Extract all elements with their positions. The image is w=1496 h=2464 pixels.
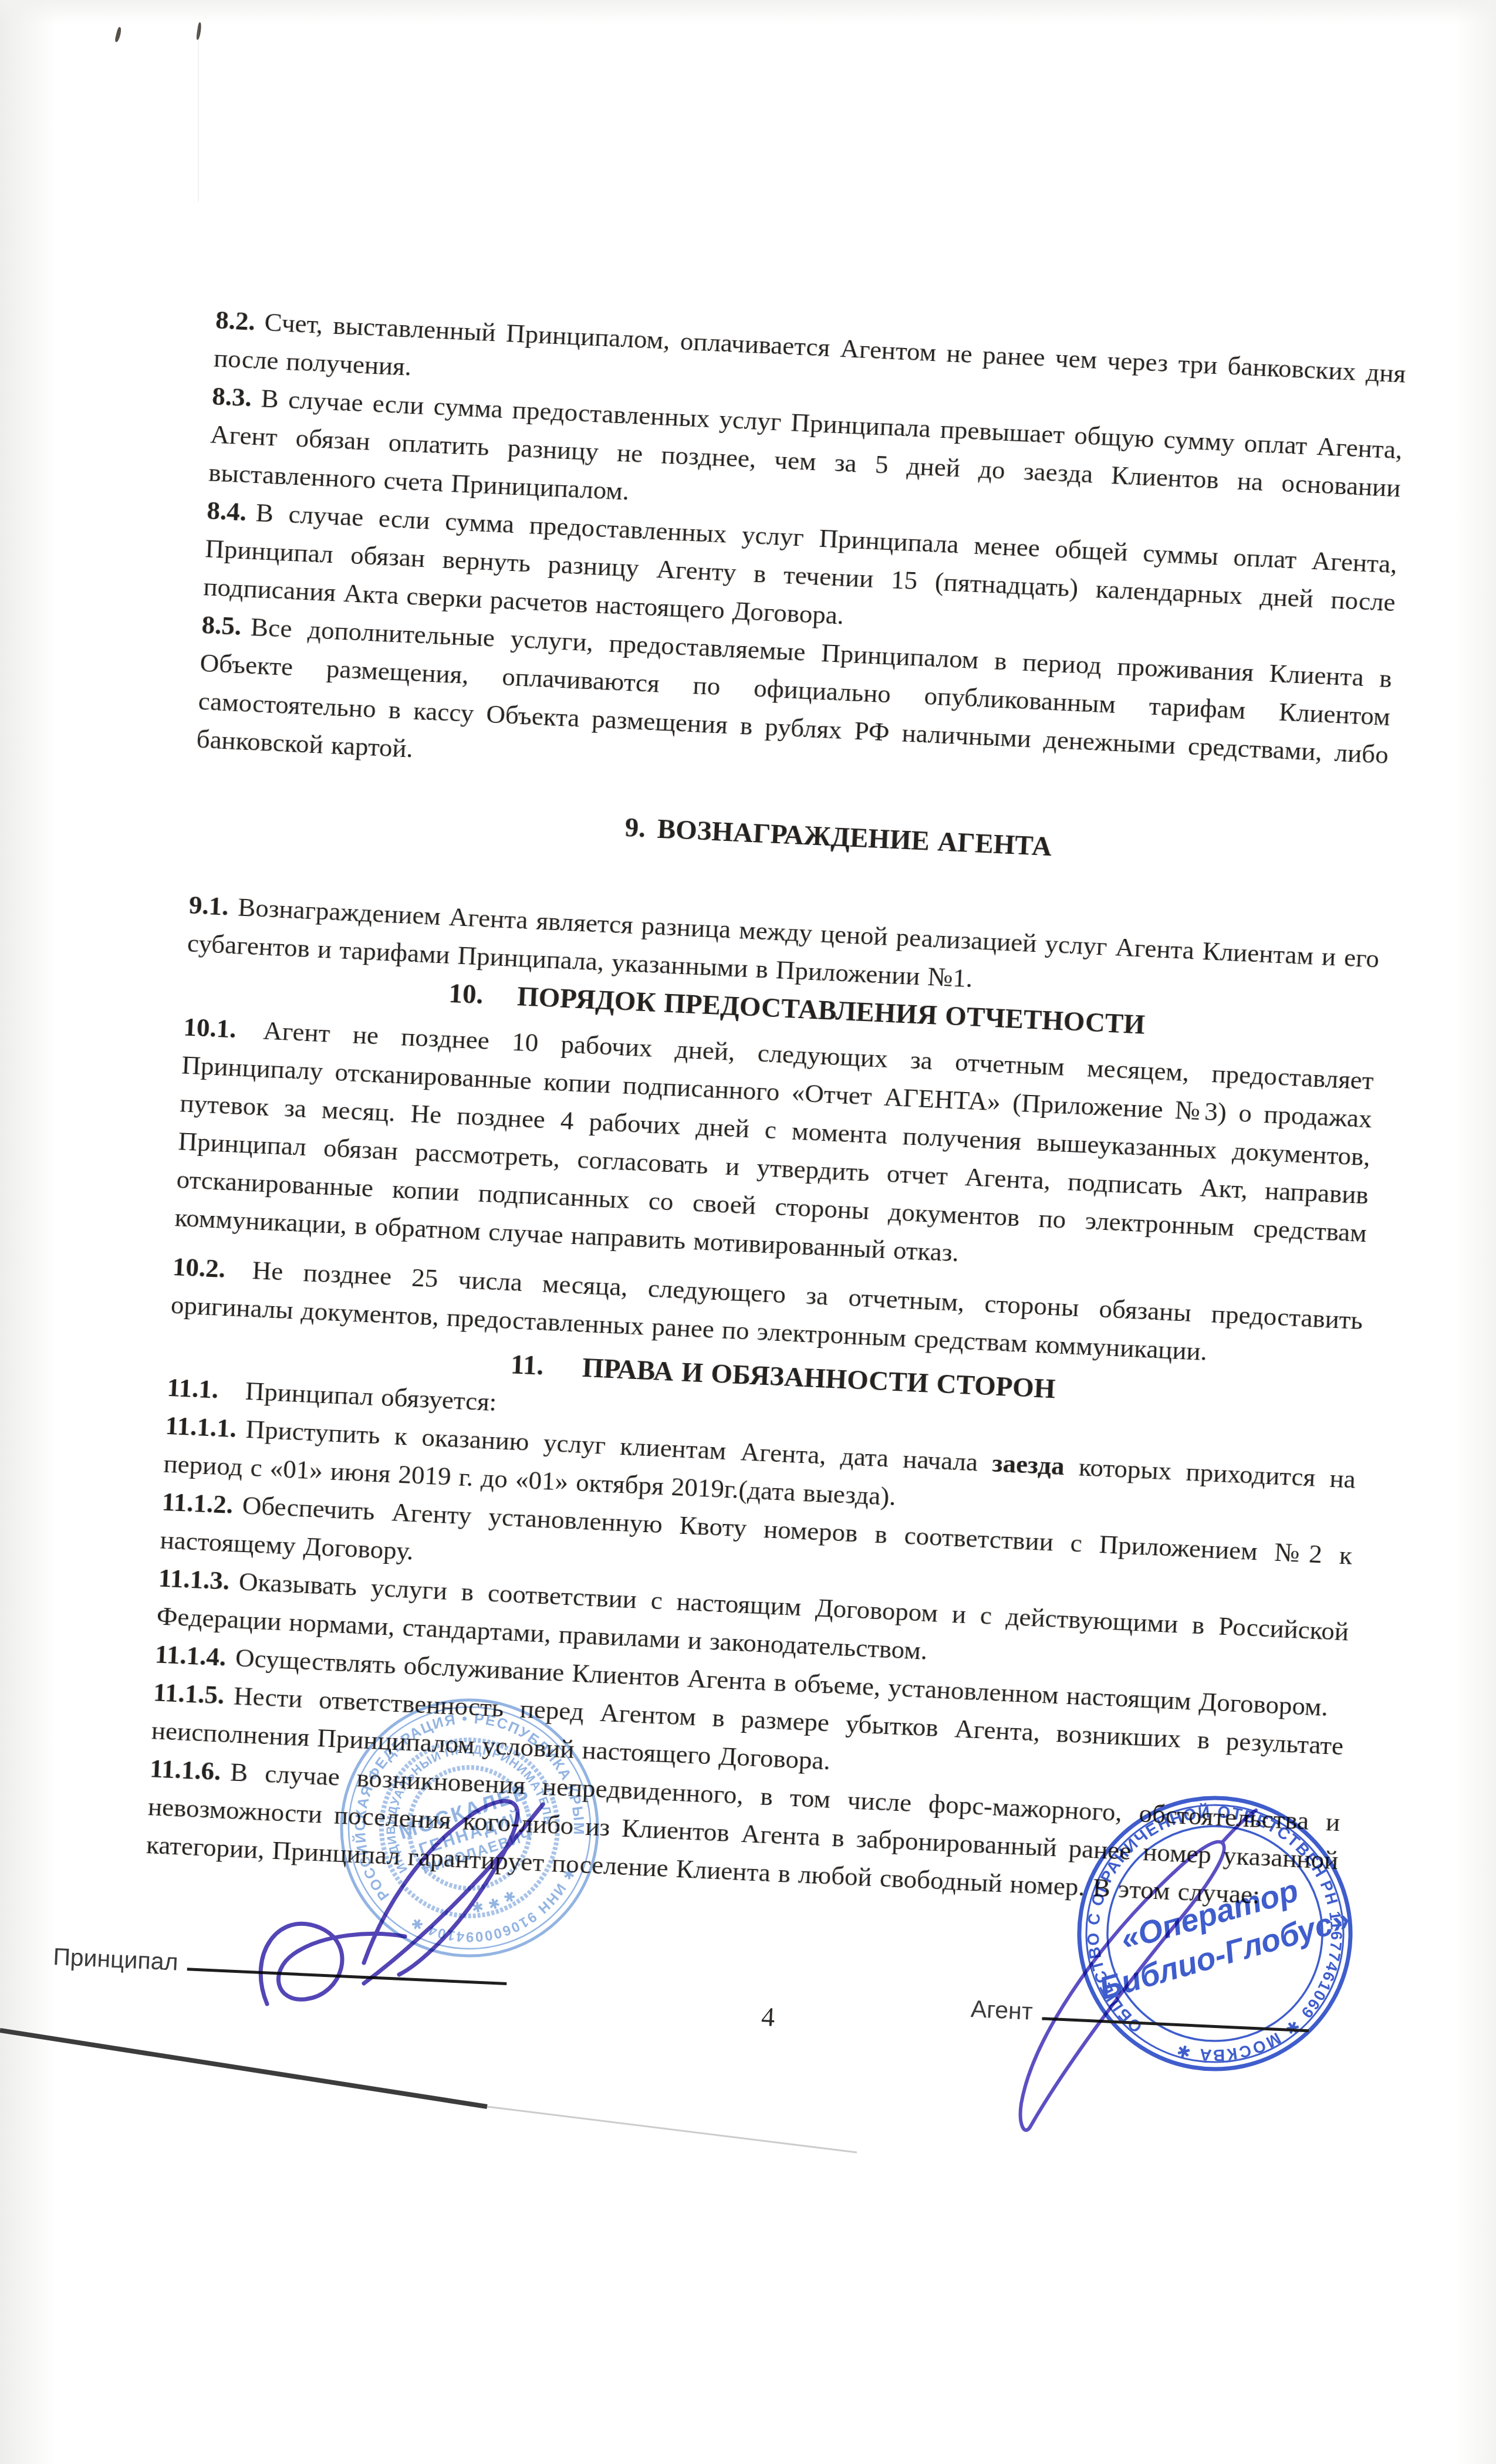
clause-text: Принципал обязуется: (245, 1376, 497, 1417)
principal-signature-ink (223, 1760, 622, 2042)
section-number: 11. (510, 1349, 544, 1381)
agent-signature-ink (951, 1784, 1279, 2159)
contract-body: 8.2.Счет, выставленный Принципалом, опла… (146, 289, 1407, 1918)
clause-number: 10.2. (172, 1252, 226, 1283)
clause-10-1: 10.1.Агент не позднее 10 рабочих дней, с… (174, 1008, 1375, 1290)
clause-number: 11.1.1. (165, 1411, 237, 1443)
clause-number: 11.1.3. (158, 1563, 230, 1595)
clause-number: 11.1.5. (153, 1677, 225, 1709)
clause-number: 11.1.2. (161, 1487, 234, 1519)
clause-number: 8.2. (215, 305, 256, 336)
clause-number: 11.1. (167, 1373, 219, 1404)
section-title: ВОЗНАГРАЖДЕНИЕ АГЕНТА (657, 814, 1053, 862)
section-number: 10. (448, 978, 484, 1010)
clause-number: 11.1.6. (149, 1753, 221, 1786)
clause-bold-word: заезда (992, 1448, 1065, 1481)
clause-number: 8.4. (206, 495, 247, 526)
scanned-contract-page: { "page": { "number": "4" }, "sections":… (0, 0, 1496, 2464)
clause-number: 8.5. (201, 610, 242, 641)
clause-text: Агент не позднее 10 рабочих дней, следую… (174, 1016, 1375, 1268)
contract-text-layer: 8.2.Счет, выставленный Принципалом, опла… (0, 282, 1419, 1918)
clause-number: 11.1.4. (154, 1639, 227, 1671)
section-number: 9. (624, 812, 647, 844)
clause-number: 10.1. (183, 1012, 237, 1043)
clause-number: 8.3. (211, 381, 252, 413)
clause-number: 9.1. (188, 890, 229, 921)
